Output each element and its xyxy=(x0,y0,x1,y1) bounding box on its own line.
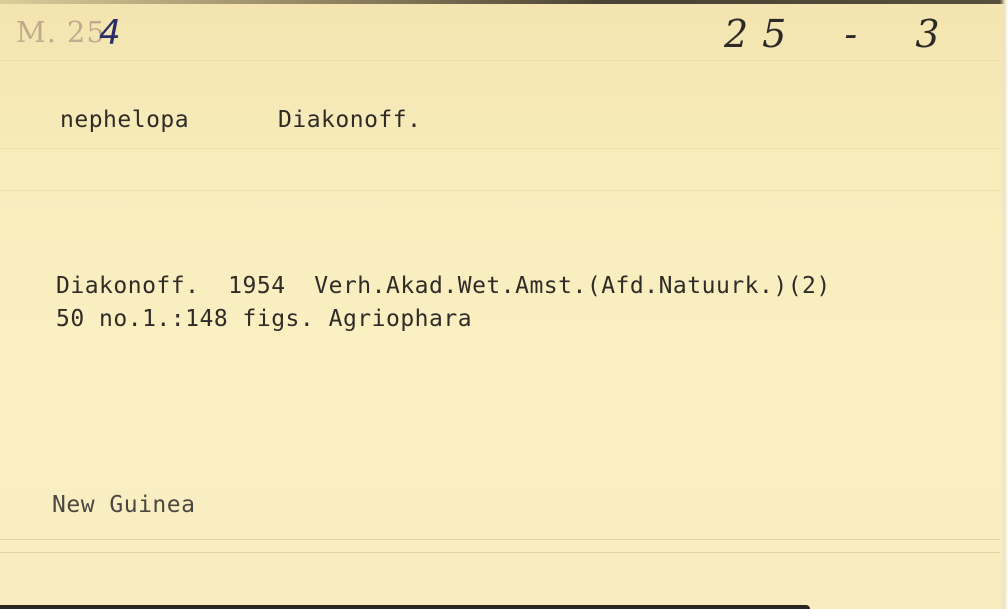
card-bottom-shadow xyxy=(0,605,810,609)
stamp-prefix: M. xyxy=(16,15,57,49)
card-right-edge xyxy=(1000,0,1008,609)
reference-line-2: 50 no.1.:148 figs. Agriophara xyxy=(56,306,472,332)
species-name: nephelopa xyxy=(60,107,189,133)
reference-line-1: Diakonoff. 1954 Verh.Akad.Wet.Amst.(Afd.… xyxy=(56,273,831,299)
ruled-line xyxy=(0,190,1000,191)
card-top-edge xyxy=(0,0,1008,4)
ruled-line xyxy=(0,60,1000,61)
handwritten-code: 25 - 3 xyxy=(724,12,954,56)
ruled-line xyxy=(0,539,1000,540)
ruled-line xyxy=(0,148,1000,149)
species-author: Diakonoff. xyxy=(278,107,421,133)
catalog-stamp: M.25 xyxy=(16,15,106,49)
pen-correction: 4 xyxy=(99,13,121,53)
index-card: M.25 4 25 - 3 nephelopa Diakonoff. Diako… xyxy=(0,0,1008,609)
locality: New Guinea xyxy=(52,492,195,518)
ruled-line xyxy=(0,552,1000,553)
